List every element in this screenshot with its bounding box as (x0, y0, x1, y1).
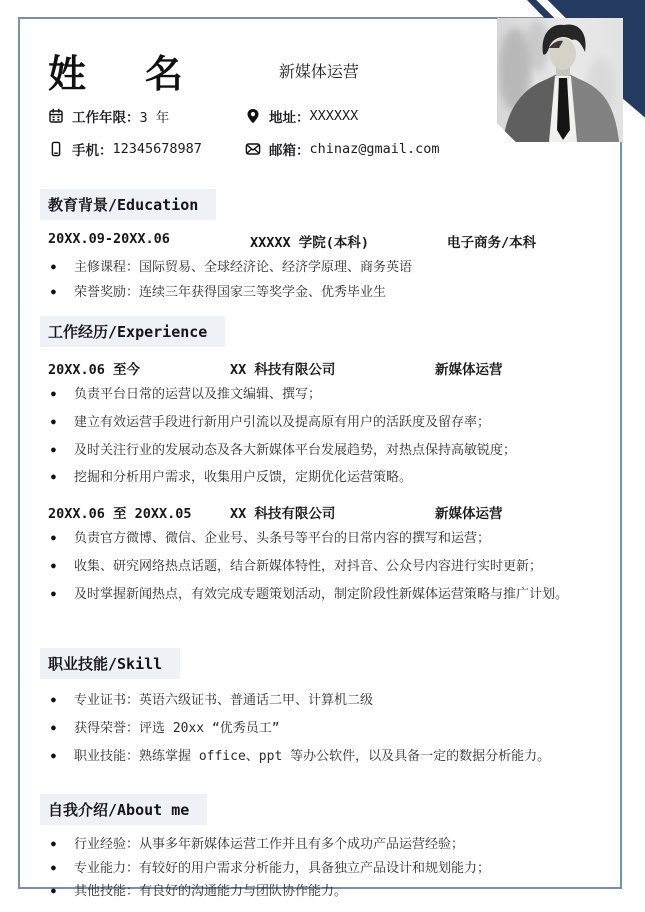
list-item: 及时关注行业的发展动态及各大新媒体平台发展趋势，对热点保持高敏锐度； (48, 443, 596, 460)
education-major: 电子商务/本科 (435, 231, 596, 251)
phone-icon (48, 141, 64, 157)
list-item: 主修课程：国际贸易、全球经济论、经济学原理、商务英语 (48, 260, 596, 277)
contact-email: 邮箱： chinaz@gmail.com (245, 139, 478, 159)
location-icon (245, 108, 261, 124)
target-position: 新媒体运营 (279, 59, 359, 82)
job-role: 新媒体运营 (435, 358, 596, 378)
job-bullet-list: 负责平台日常的运营以及推文编辑、撰写； 建立有效运营手段进行新用户引流以及提高原… (48, 387, 596, 488)
section-education: 教育背景/Education 20XX.09-20XX.06 XXXXX 学院(… (48, 189, 596, 302)
resume-canvas: 姓 名 新媒体运营 工作年限： 3 年 (0, 0, 645, 912)
list-item: 负责平台日常的运营以及推文编辑、撰写； (48, 387, 596, 404)
resume-page: 姓 名 新媒体运营 工作年限： 3 年 (18, 17, 622, 889)
candidate-name: 姓 名 (48, 43, 201, 98)
job-period: 20XX.06 至今 (48, 358, 230, 378)
list-item: 其他技能：有良好的沟通能力与团队协作能力。 (48, 884, 596, 901)
section-title-skill: 职业技能/Skill (40, 648, 180, 679)
education-bullet-list: 主修课程：国际贸易、全球经济论、经济学原理、商务英语 荣誉奖励：连续三年获得国家… (48, 260, 596, 302)
contact-phone: 手机： 12345678987 (48, 139, 245, 159)
job-entry-header: 20XX.06 至 20XX.05 XX 科技有限公司 新媒体运营 (48, 502, 596, 522)
skill-bullet-list: 专业证书：英语六级证书、普通话二甲、计算机二级 获得荣誉：评选 20xx “优秀… (48, 693, 596, 766)
contact-label: 邮箱： (269, 139, 310, 159)
section-about: 自我介绍/About me 行业经验：从事多年新媒体运营工作并且有多个成功产品运… (48, 794, 596, 902)
list-item: 专业证书：英语六级证书、普通话二甲、计算机二级 (48, 693, 596, 710)
list-item: 职业技能：熟练掌握 office、ppt 等办公软件，以及具备一定的数据分析能力… (48, 749, 596, 766)
list-item: 建立有效运营手段进行新用户引流以及提高原有用户的活跃度及留存率； (48, 415, 596, 432)
contact-label: 工作年限： (72, 106, 140, 126)
contact-value: 3 年 (140, 106, 170, 126)
job-role: 新媒体运营 (435, 502, 596, 522)
contact-address: 地址： XXXXXX (245, 106, 478, 126)
job-period: 20XX.06 至 20XX.05 (48, 502, 230, 522)
job-bullet-list: 负责官方微博、微信、企业号、头条号等平台的日常内容的撰写和运营； 收集、研究网络… (48, 531, 596, 604)
list-item: 荣誉奖励：连续三年获得国家三等奖学金、优秀毕业生 (48, 285, 596, 302)
education-period: 20XX.09-20XX.06 (48, 231, 230, 251)
list-item: 及时掌握新闻热点，有效完成专题策划活动，制定阶段性新媒体运营策略与推广计划。 (48, 587, 596, 604)
job-company: XX 科技有限公司 (230, 502, 435, 522)
contact-value: XXXXXX (310, 108, 359, 124)
job-company: XX 科技有限公司 (230, 358, 435, 378)
education-school: XXXXX 学院(本科) (230, 231, 435, 251)
section-title-education: 教育背景/Education (40, 189, 216, 220)
calendar-icon (48, 108, 64, 124)
list-item: 获得荣誉：评选 20xx “优秀员工” (48, 721, 596, 738)
section-title-experience: 工作经历/Experience (40, 316, 225, 347)
list-item: 挖掘和分析用户需求，收集用户反馈，定期优化运营策略。 (48, 470, 596, 487)
profile-photo (497, 18, 623, 142)
about-bullet-list: 行业经验：从事多年新媒体运营工作并且有多个成功产品运营经验； 专业能力：有较好的… (48, 837, 596, 902)
page-content: 姓 名 新媒体运营 工作年限： 3 年 (20, 19, 620, 901)
list-item: 收集、研究网络热点话题，结合新媒体特性，对抖音、公众号内容进行实时更新； (48, 559, 596, 576)
section-skill: 职业技能/Skill 专业证书：英语六级证书、普通话二甲、计算机二级 获得荣誉：… (48, 648, 596, 766)
job-entry-header: 20XX.06 至今 XX 科技有限公司 新媒体运营 (48, 358, 596, 378)
contact-info: 工作年限： 3 年 地址： XXXXXX 手机： (48, 106, 478, 159)
contact-work-years: 工作年限： 3 年 (48, 106, 245, 126)
education-entry-header: 20XX.09-20XX.06 XXXXX 学院(本科) 电子商务/本科 (48, 231, 596, 251)
section-title-about: 自我介绍/About me (40, 794, 207, 825)
contact-value: chinaz@gmail.com (310, 141, 440, 157)
list-item: 专业能力：有较好的用户需求分析能力，具备独立产品设计和规划能力； (48, 861, 596, 878)
list-item: 负责官方微博、微信、企业号、头条号等平台的日常内容的撰写和运营； (48, 531, 596, 548)
contact-value: 12345678987 (113, 141, 202, 157)
email-icon (245, 141, 261, 157)
section-experience: 工作经历/Experience 20XX.06 至今 XX 科技有限公司 新媒体… (48, 316, 596, 604)
contact-label: 地址： (269, 106, 310, 126)
list-item: 行业经验：从事多年新媒体运营工作并且有多个成功产品运营经验； (48, 837, 596, 854)
contact-label: 手机： (72, 139, 113, 159)
